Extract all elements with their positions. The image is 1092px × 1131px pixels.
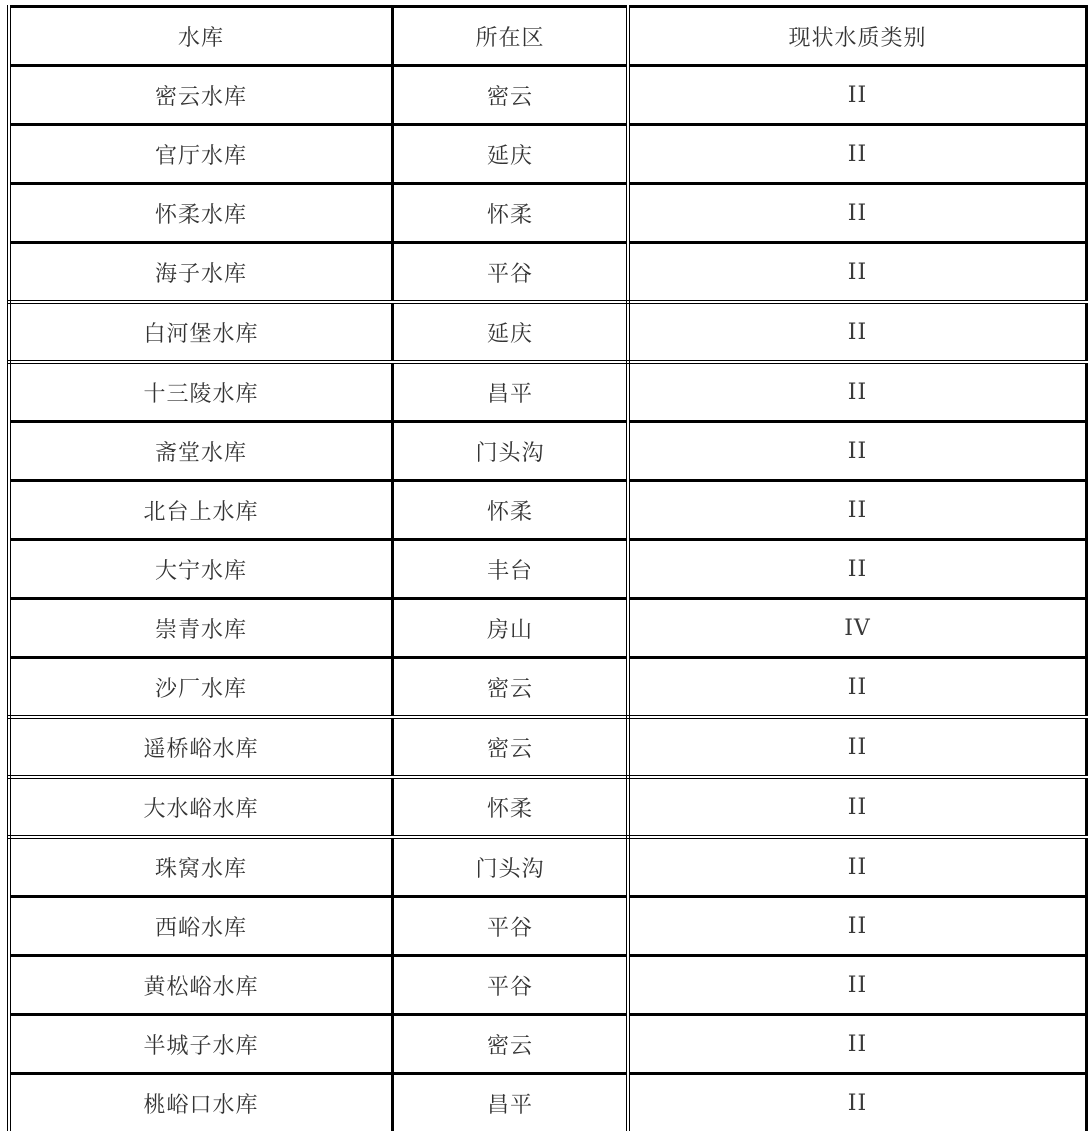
cell-district: 密云 (393, 1015, 629, 1074)
cell-district: 平谷 (393, 897, 629, 956)
cell-district: 平谷 (393, 956, 629, 1015)
cell-water-quality: II (628, 362, 1087, 422)
cell-district: 丰台 (393, 540, 629, 599)
table-row: 海子水库 平谷 II (9, 243, 1087, 303)
cell-reservoir: 海子水库 (9, 243, 393, 303)
cell-water-quality: II (628, 1015, 1087, 1074)
header-water-quality-class: 现状水质类别 (628, 7, 1087, 66)
cell-reservoir: 大宁水库 (9, 540, 393, 599)
cell-reservoir: 黄松峪水库 (9, 956, 393, 1015)
cell-water-quality: II (628, 540, 1087, 599)
cell-reservoir: 遥桥峪水库 (9, 717, 393, 777)
table-row: 斋堂水库 门头沟 II (9, 422, 1087, 481)
table-row: 西峪水库 平谷 II (9, 897, 1087, 956)
cell-district: 昌平 (393, 1074, 629, 1131)
cell-water-quality: II (628, 897, 1087, 956)
table-row: 沙厂水库 密云 II (9, 658, 1087, 718)
cell-reservoir: 桃峪口水库 (9, 1074, 393, 1131)
table-row: 珠窝水库 门头沟 II (9, 837, 1087, 897)
table-row: 大宁水库 丰台 II (9, 540, 1087, 599)
header-district: 所在区 (393, 7, 629, 66)
cell-reservoir: 珠窝水库 (9, 837, 393, 897)
cell-water-quality: II (628, 302, 1087, 362)
cell-water-quality: II (628, 125, 1087, 184)
cell-district: 密云 (393, 717, 629, 777)
reservoir-water-quality-table-container: 水库 所在区 现状水质类别 密云水库 密云 II 官厅水库 延庆 II 怀柔水库… (7, 5, 1089, 1131)
table-row: 崇青水库 房山 IV (9, 599, 1087, 658)
cell-reservoir: 崇青水库 (9, 599, 393, 658)
cell-reservoir: 北台上水库 (9, 481, 393, 540)
cell-water-quality: II (628, 717, 1087, 777)
header-reservoir: 水库 (9, 7, 393, 66)
cell-water-quality: II (628, 243, 1087, 303)
cell-water-quality: II (628, 66, 1087, 125)
cell-district: 门头沟 (393, 422, 629, 481)
table-row: 白河堡水库 延庆 II (9, 302, 1087, 362)
cell-water-quality: II (628, 184, 1087, 243)
cell-district: 怀柔 (393, 481, 629, 540)
cell-reservoir: 十三陵水库 (9, 362, 393, 422)
cell-reservoir: 白河堡水库 (9, 302, 393, 362)
table-row: 北台上水库 怀柔 II (9, 481, 1087, 540)
cell-water-quality: II (628, 422, 1087, 481)
cell-reservoir: 官厅水库 (9, 125, 393, 184)
cell-district: 怀柔 (393, 777, 629, 837)
cell-district: 怀柔 (393, 184, 629, 243)
cell-water-quality: II (628, 481, 1087, 540)
cell-district: 平谷 (393, 243, 629, 303)
table-row: 遥桥峪水库 密云 II (9, 717, 1087, 777)
cell-district: 昌平 (393, 362, 629, 422)
cell-water-quality: II (628, 658, 1087, 718)
table-row: 桃峪口水库 昌平 II (9, 1074, 1087, 1131)
cell-district: 门头沟 (393, 837, 629, 897)
cell-reservoir: 密云水库 (9, 66, 393, 125)
table-row: 十三陵水库 昌平 II (9, 362, 1087, 422)
reservoir-water-quality-table: 水库 所在区 现状水质类别 密云水库 密云 II 官厅水库 延庆 II 怀柔水库… (7, 5, 1088, 1131)
table-row: 官厅水库 延庆 II (9, 125, 1087, 184)
cell-reservoir: 半城子水库 (9, 1015, 393, 1074)
cell-reservoir: 怀柔水库 (9, 184, 393, 243)
cell-reservoir: 西峪水库 (9, 897, 393, 956)
table-row: 半城子水库 密云 II (9, 1015, 1087, 1074)
table-header-row: 水库 所在区 现状水质类别 (9, 7, 1087, 66)
table-row: 大水峪水库 怀柔 II (9, 777, 1087, 837)
cell-reservoir: 沙厂水库 (9, 658, 393, 718)
table-row: 密云水库 密云 II (9, 66, 1087, 125)
cell-water-quality: II (628, 956, 1087, 1015)
cell-reservoir: 斋堂水库 (9, 422, 393, 481)
cell-district: 延庆 (393, 125, 629, 184)
cell-district: 延庆 (393, 302, 629, 362)
table-row: 黄松峪水库 平谷 II (9, 956, 1087, 1015)
cell-water-quality: IV (628, 599, 1087, 658)
cell-water-quality: II (628, 1074, 1087, 1131)
cell-district: 密云 (393, 658, 629, 718)
cell-water-quality: II (628, 777, 1087, 837)
table-row: 怀柔水库 怀柔 II (9, 184, 1087, 243)
cell-district: 密云 (393, 66, 629, 125)
cell-district: 房山 (393, 599, 629, 658)
cell-reservoir: 大水峪水库 (9, 777, 393, 837)
cell-water-quality: II (628, 837, 1087, 897)
